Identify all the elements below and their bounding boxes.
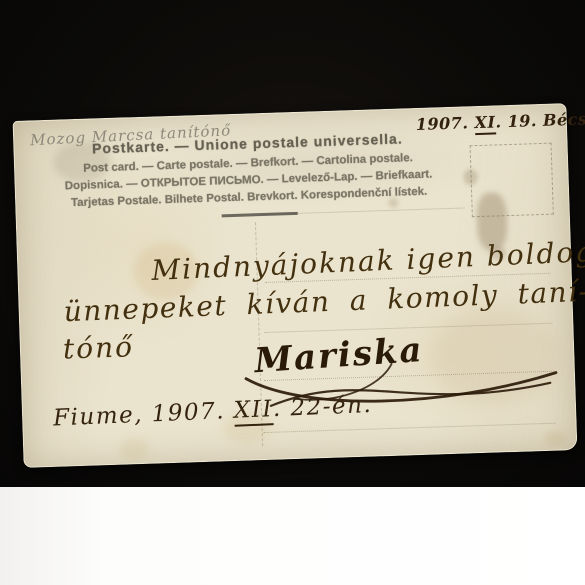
white-bottom-strip: [0, 487, 585, 585]
stain-bottom-left: [119, 438, 150, 461]
header-divider-rule: [222, 212, 298, 217]
dateline: Fiume, 1907. XII. 22-én.: [53, 392, 373, 432]
ink-date-month-underlined: XI: [474, 112, 496, 135]
ink-date-suffix: . 19. Bécs.: [495, 109, 585, 131]
stain-bottom-right: [544, 430, 567, 447]
stamp-box: [470, 143, 554, 218]
printed-header: Postkarte. — Unione postale universella.…: [29, 128, 467, 213]
dateline-suffix: . 22-én.: [272, 392, 372, 422]
postcard-back: Mozog Marcsa tanítónő 1907. XI. 19. Bécs…: [13, 103, 578, 468]
dateline-month-underlined: XII: [233, 396, 273, 427]
postcard-photo: Mozog Marcsa tanítónő 1907. XI. 19. Bécs…: [0, 0, 585, 585]
address-ruled-line: [264, 423, 556, 433]
dateline-prefix: Fiume, 1907.: [53, 398, 235, 432]
message-line-3: tónő: [62, 330, 134, 365]
